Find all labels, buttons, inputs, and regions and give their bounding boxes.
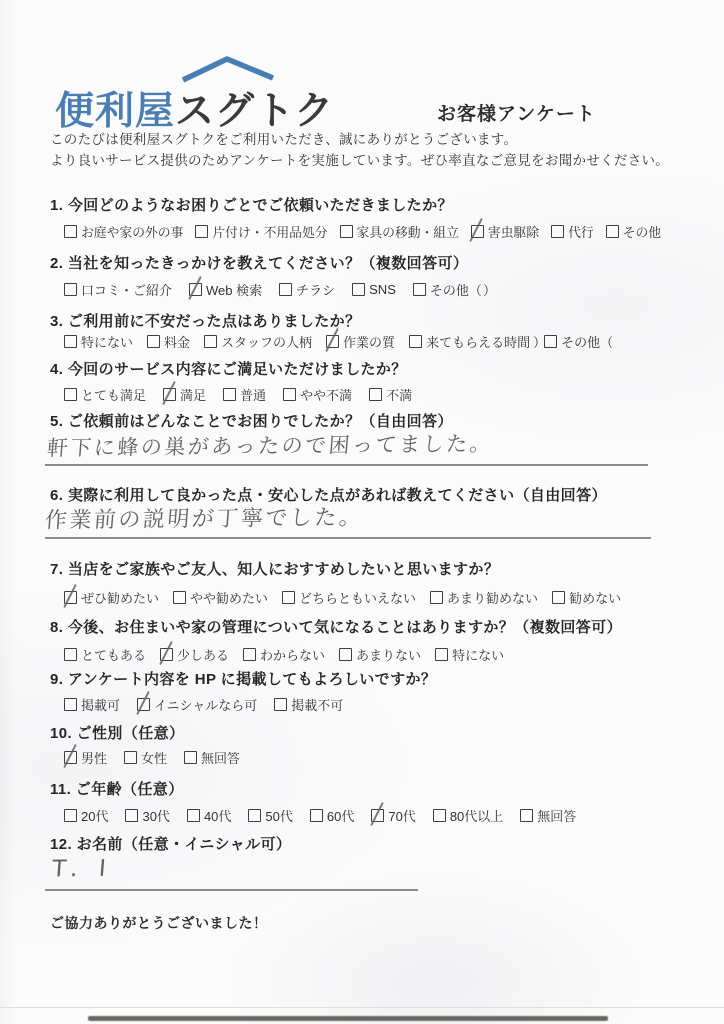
checkbox-option: 害虫駆除 (471, 222, 539, 241)
option-label: 70代 (388, 806, 415, 825)
question-3-close-paren: ） (533, 332, 546, 351)
question-6-handwritten-answer: 作業前の説明が丁寧でした。 (44, 500, 365, 534)
option-label: 片付け・不用品処分 (212, 222, 327, 241)
option-label: 掲載不可 (291, 695, 343, 714)
checked-checkbox-icon (371, 809, 384, 822)
checkbox-icon (248, 809, 261, 822)
checkbox-option: 少しある (160, 645, 229, 664)
checkbox-option: ぜひ勧めたい (64, 588, 159, 607)
checkbox-icon (64, 335, 77, 348)
checkbox-icon (184, 751, 197, 764)
checkbox-option: その他（ (413, 280, 482, 299)
question-1-title: 1. 今回どのようなお困りごとでご依頼いただきましたか？ (50, 194, 453, 215)
sheet-title: お客様アンケート (437, 99, 596, 126)
checkbox-icon (409, 335, 422, 348)
checkbox-icon (552, 591, 565, 604)
option-label: 料金 (164, 332, 190, 351)
checkbox-icon (64, 648, 77, 661)
checkbox-option: 60代 (310, 806, 354, 825)
option-label: 口コミ・ご紹介 (81, 280, 172, 299)
checkbox-icon (433, 809, 446, 822)
checkbox-option: 特にない (435, 645, 504, 664)
scan-artifact-strip (88, 1016, 608, 1021)
checkbox-option: SNS (352, 282, 396, 297)
checkbox-option: わからない (243, 645, 325, 664)
checkbox-option: あまりない (339, 645, 421, 664)
checkbox-option: 普通 (223, 385, 266, 404)
question-11-title: 11. ご年齢（任意） (50, 778, 184, 799)
option-label: やや不満 (300, 385, 352, 404)
checked-checkbox-icon (137, 698, 150, 711)
intro-line-2: より良いサービス提供のためアンケートを実施しています。ぜひ率直なご意見をお聞かせ… (50, 149, 669, 169)
checkbox-option: 代行 (551, 222, 594, 241)
question-2-close-paren: ） (483, 280, 496, 299)
scan-paper-edge (0, 1007, 724, 1008)
option-label: 20代 (81, 806, 108, 825)
checkbox-icon (64, 283, 77, 296)
question-9-title: 9. アンケート内容を HP に掲載してもよろしいですか？ (50, 668, 436, 689)
option-label: 80代以上 (450, 806, 503, 825)
checkbox-option: 料金 (147, 332, 190, 351)
checkbox-icon (369, 388, 382, 401)
option-label: その他（ (430, 280, 482, 299)
option-label: 害虫駆除 (488, 222, 539, 241)
checkbox-option: その他 (606, 222, 661, 241)
option-label: とてもある (81, 645, 146, 664)
question-8-options: とてもある少しあるわからないあまりない特にない (64, 645, 504, 664)
checkbox-icon (125, 809, 138, 822)
checkbox-icon (195, 225, 208, 238)
checkbox-option: 20代 (64, 806, 108, 825)
checkbox-option: 作業の質 (326, 332, 395, 351)
option-label: やや勧めたい (190, 588, 268, 607)
question-3-title: 3. ご利用前に不安だった点はありましたか？ (50, 310, 360, 331)
option-label: チラシ (296, 280, 335, 299)
question-5-handwritten-answer: 軒下に蜂の巣があったので困ってました。 (46, 428, 495, 463)
checkbox-option: お庭や家の外の事 (64, 222, 183, 241)
checkbox-icon (223, 388, 236, 401)
option-label: 無回答 (201, 748, 240, 767)
checkbox-icon (551, 225, 564, 238)
question-11-options: 20代30代40代50代60代70代80代以上無回答 (64, 806, 576, 825)
checkbox-icon (204, 335, 217, 348)
checkbox-option: 特にない (64, 332, 133, 351)
checkbox-option: 満足 (163, 385, 206, 404)
checkbox-option: 無回答 (184, 748, 240, 767)
option-label: Web 検索 (206, 280, 262, 299)
checked-checkbox-icon (160, 648, 173, 661)
checkbox-option: スタッフの人柄 (204, 332, 312, 351)
option-label: スタッフの人柄 (221, 332, 312, 351)
checkbox-option: どちらともいえない (282, 588, 416, 607)
checkbox-option: 女性 (124, 748, 167, 767)
checked-checkbox-icon (64, 591, 77, 604)
checkbox-option: とてもある (64, 645, 146, 664)
checkbox-icon (310, 809, 323, 822)
checkbox-icon (147, 335, 160, 348)
question-10-title: 10. ご性別（任意） (50, 722, 184, 743)
checkbox-icon (340, 225, 353, 238)
checkbox-icon (282, 591, 295, 604)
checkbox-icon (64, 388, 77, 401)
intro-line-1: このたびは便利屋スグトクをご利用いただき、誠にありがとうございます。 (50, 128, 517, 148)
checkbox-icon (274, 698, 287, 711)
checkbox-icon (124, 751, 137, 764)
checkbox-option: あまり勧めない (430, 588, 538, 607)
option-label: 普通 (240, 385, 266, 404)
checkbox-icon (64, 225, 77, 238)
question-2-options: 口コミ・ご紹介Web 検索チラシSNSその他（ (64, 280, 482, 299)
checkbox-option: イニシャルなら可 (137, 695, 257, 714)
option-label: 不満 (386, 385, 412, 404)
option-label: お庭や家の外の事 (81, 222, 183, 241)
option-label: あまりない (356, 645, 421, 664)
question-2-title: 2. 当社を知ったきっかけを教えてください？（複数回答可） (50, 252, 468, 273)
checkbox-icon (520, 809, 533, 822)
option-label: 満足 (180, 385, 206, 404)
checkbox-option: やや勧めたい (173, 588, 268, 607)
checkbox-icon (187, 809, 200, 822)
question-12-answer-line (45, 889, 418, 891)
option-label: その他（ (561, 332, 613, 351)
option-label: 無回答 (537, 806, 576, 825)
option-label: ぜひ勧めたい (81, 588, 159, 607)
question-8-title: 8. 今後、お住まいや家の管理について気になることはありますか？（複数回答可） (50, 616, 622, 637)
question-7-options: ぜひ勧めたいやや勧めたいどちらともいえないあまり勧めない勧めない (64, 588, 621, 607)
checkbox-option: 来てもらえる時間 (409, 332, 530, 351)
checkbox-option: 50代 (248, 806, 292, 825)
question-3-options: 特にない料金スタッフの人柄作業の質来てもらえる時間その他（ (64, 332, 613, 351)
checkbox-option: 掲載可 (64, 695, 120, 714)
checkbox-option: 片付け・不用品処分 (195, 222, 327, 241)
option-label: その他 (623, 222, 661, 241)
thanks-message: ご協力ありがとうございました！ (50, 913, 268, 933)
question-12-title: 12. お名前（任意・イニシャル可） (50, 833, 291, 854)
question-5-answer-line (45, 464, 648, 466)
checkbox-option: 口コミ・ご紹介 (64, 280, 172, 299)
checkbox-icon (435, 648, 448, 661)
checked-checkbox-icon (326, 335, 339, 348)
option-label: 男性 (81, 748, 107, 767)
checkbox-option: チラシ (279, 280, 335, 299)
option-label: イニシャルなら可 (154, 695, 257, 714)
option-label: あまり勧めない (447, 588, 538, 607)
checkbox-icon (173, 591, 186, 604)
question-4-options: とても満足満足普通やや不満不満 (64, 385, 412, 404)
checked-checkbox-icon (64, 751, 77, 764)
option-label: 勧めない (569, 588, 621, 607)
checkbox-icon (243, 648, 256, 661)
checkbox-option: 勧めない (552, 588, 621, 607)
option-label: 特にない (81, 332, 133, 351)
option-label: わからない (260, 645, 325, 664)
option-label: 40代 (204, 806, 231, 825)
option-label: 女性 (141, 748, 167, 767)
checkbox-option: 無回答 (520, 806, 576, 825)
option-label: SNS (369, 282, 396, 297)
option-label: 来てもらえる時間 (426, 332, 530, 351)
checkbox-option: 不満 (369, 385, 412, 404)
checkbox-option: 80代以上 (433, 806, 503, 825)
option-label: 作業の質 (343, 332, 395, 351)
question-4-title: 4. 今回のサービス内容にご満足いただけましたか？ (50, 358, 407, 379)
checkbox-option: その他（ (544, 332, 613, 351)
checkbox-option: とても満足 (64, 385, 146, 404)
option-label: 家具の移動・組立 (357, 222, 459, 241)
option-label: 代行 (568, 222, 594, 241)
option-label: どちらともいえない (299, 588, 416, 607)
checkbox-option: 30代 (125, 806, 169, 825)
question-1-options: お庭や家の外の事片付け・不用品処分家具の移動・組立害虫駆除代行その他 (64, 222, 661, 241)
checkbox-icon (544, 335, 557, 348)
checked-checkbox-icon (163, 388, 176, 401)
question-9-options: 掲載可イニシャルなら可掲載不可 (64, 695, 343, 714)
checkbox-icon (283, 388, 296, 401)
checkbox-icon (339, 648, 352, 661)
checkbox-option: Web 検索 (189, 280, 262, 299)
checkbox-option: 40代 (187, 806, 231, 825)
checkbox-option: 家具の移動・組立 (340, 222, 459, 241)
checkbox-icon (413, 283, 426, 296)
question-7-title: 7. 当店をご家族やご友人、知人におすすめしたいと思いますか？ (50, 558, 499, 579)
question-10-options: 男性女性無回答 (64, 748, 240, 767)
option-label: 特にない (452, 645, 504, 664)
question-6-answer-line (45, 537, 651, 539)
option-label: 30代 (142, 806, 169, 825)
checkbox-option: やや不満 (283, 385, 352, 404)
checkbox-icon (64, 698, 77, 711)
option-label: とても満足 (81, 385, 146, 404)
checkbox-option: 男性 (64, 748, 107, 767)
checkbox-option: 70代 (371, 806, 415, 825)
checkbox-icon (430, 591, 443, 604)
checkbox-icon (64, 809, 77, 822)
checkbox-icon (279, 283, 292, 296)
option-label: 50代 (265, 806, 292, 825)
checked-checkbox-icon (189, 283, 202, 296)
option-label: 掲載可 (81, 695, 120, 714)
checkbox-icon (352, 283, 365, 296)
option-label: 少しある (177, 645, 229, 664)
scanned-survey-sheet: 便利屋 スグトク お客様アンケート このたびは便利屋スグトクをご利用いただき、誠… (0, 0, 724, 1024)
checked-checkbox-icon (471, 225, 484, 238)
option-label: 60代 (327, 806, 354, 825)
checkbox-option: 掲載不可 (274, 695, 343, 714)
question-12-handwritten-answer: T. I (51, 856, 114, 883)
checkbox-icon (606, 225, 619, 238)
